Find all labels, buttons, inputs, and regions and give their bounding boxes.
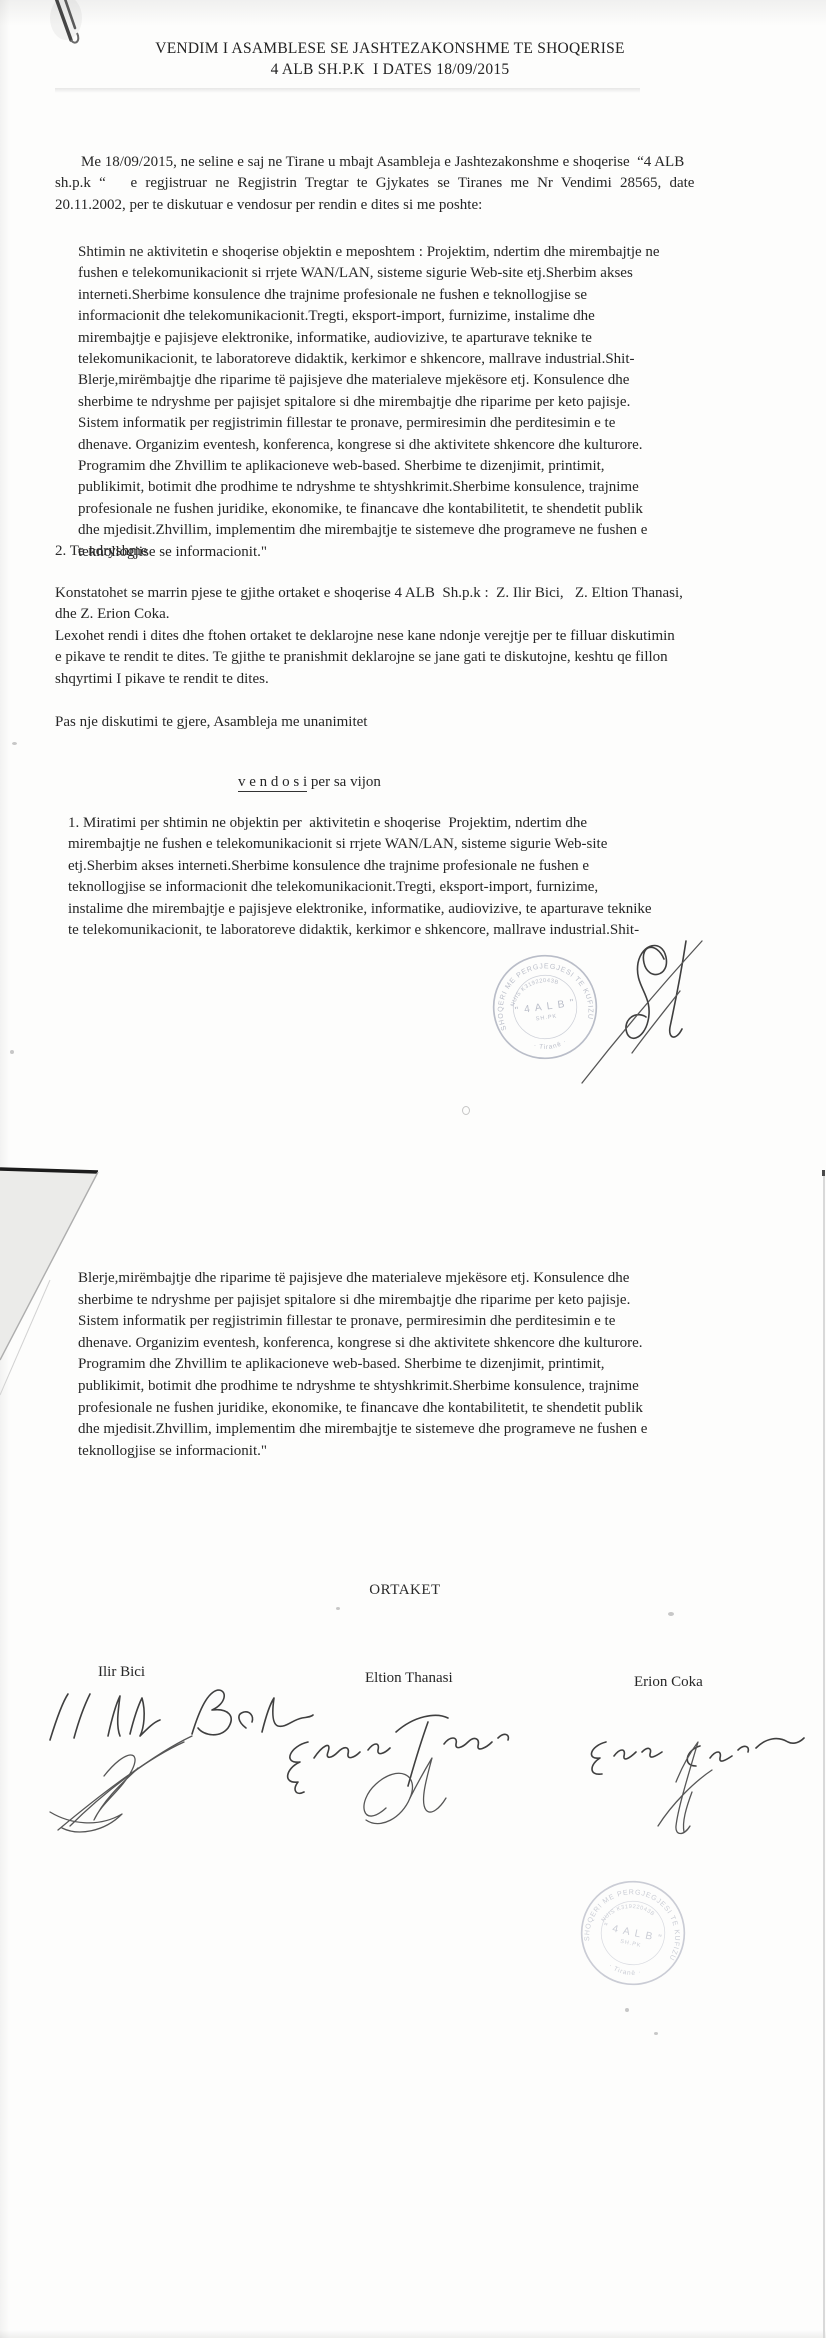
document-title: VENDIM I ASAMBLESE SE JASHTEZAKONSHME TE… xyxy=(60,38,720,80)
decision-keyword: v e n d o s i xyxy=(238,774,307,792)
scan-speck xyxy=(625,2008,629,2012)
signature-erion-coka xyxy=(572,1692,807,1842)
stamp-company-name: " 4 A L B " xyxy=(514,998,575,1017)
svg-text:· Tiranë ·: · Tiranë · xyxy=(532,1037,569,1053)
page-2-right-edge xyxy=(823,1174,825,2338)
stamp-city: · Tiranë · xyxy=(532,1037,569,1053)
stamp-legal-form: SH.PK xyxy=(620,1939,642,1949)
discussion-note: Pas nje diskutimi te gjere, Asambleja me… xyxy=(55,712,655,733)
scan-shadow-band xyxy=(55,88,640,93)
scan-speck xyxy=(10,1050,14,1054)
scan-speck xyxy=(654,2032,658,2035)
scan-speck xyxy=(336,1607,340,1610)
intro-paragraph: Me 18/09/2015, ne seline e saj ne Tirane… xyxy=(55,152,767,216)
scan-speck xyxy=(668,1612,674,1616)
attendance-paragraph: Konstatohet se marrin pjese te gjithe or… xyxy=(55,583,775,690)
decision-line: v e n d o s i per sa vijon xyxy=(238,772,381,793)
partner-name-eltion-thanasi: Eltion Thanasi xyxy=(365,1668,453,1689)
partners-heading: ORTAKET xyxy=(0,1582,810,1599)
agenda-item-paragraph: Shtimin ne aktivitetin e shoqerise objek… xyxy=(78,242,730,563)
decision-item-paragraph: 1. Miratimi per shtimin ne objektin per … xyxy=(68,813,736,941)
scan-edge-shadow-top xyxy=(0,0,826,26)
section-2-heading: 2. Te ndryshme xyxy=(55,543,147,560)
administrator-signature xyxy=(578,933,718,1093)
partner-name-erion-coka: Erion Coka xyxy=(634,1672,703,1693)
partner-name-ilir-bici: Ilir Bici xyxy=(98,1662,145,1683)
scan-speck xyxy=(12,742,17,745)
signature-eltion-thanasi xyxy=(268,1688,518,1838)
pen-mark xyxy=(462,1106,470,1115)
page2-continuation-paragraph: Blerje,mirëmbajtje dhe riparime të pajis… xyxy=(78,1268,738,1462)
company-round-stamp-bottom: SHOQERI ME PERGJEGJESI TE KUFIZUAR NUIS … xyxy=(567,1867,700,2000)
scan-edge-shadow-bottom xyxy=(0,2330,826,2338)
decision-tail: per sa vijon xyxy=(307,774,381,790)
page-2-right-edge-tick xyxy=(822,1170,825,1176)
stamp-legal-form: SH.PK xyxy=(536,1014,558,1023)
scanned-document-page: VENDIM I ASAMBLESE SE JASHTEZAKONSHME TE… xyxy=(0,0,826,2338)
